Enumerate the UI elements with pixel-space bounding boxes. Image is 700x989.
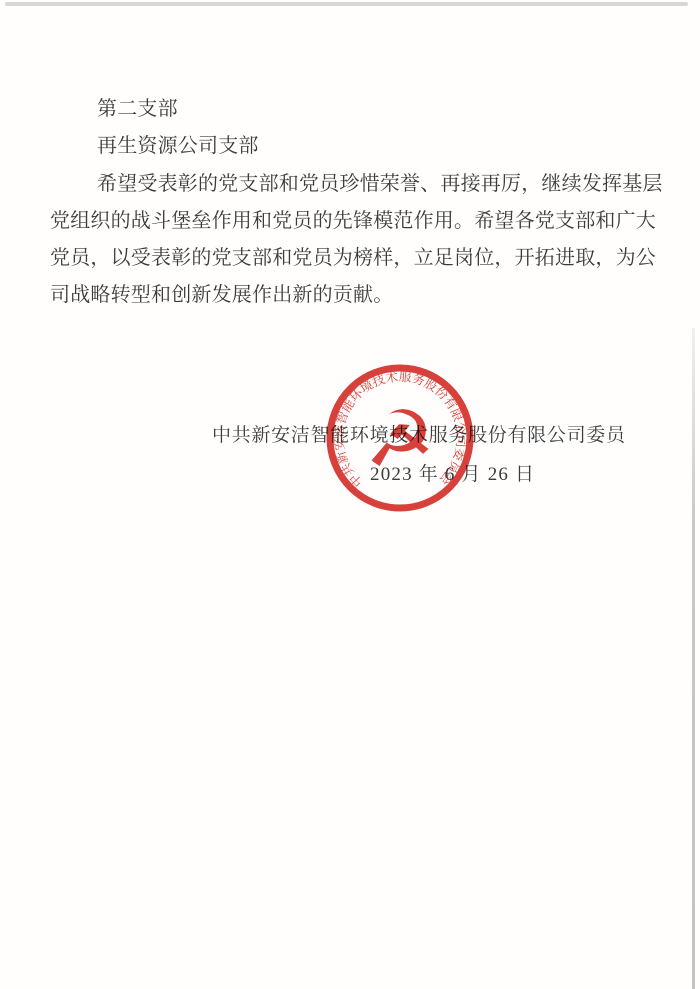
branch-name-line-1: 第二支部 [97,92,178,121]
scanned-document-page: 第二支部 再生资源公司支部 希望受表彰的党支部和党员珍惜荣誉、再接再厉，继续发挥… [0,0,700,989]
scan-artifact-top-edge [5,2,688,6]
scan-artifact-right-edge [692,328,695,989]
branch-name-line-2: 再生资源公司支部 [97,129,259,158]
official-seal: 中共新安洁智能环境技术服务股份有限公司委员会 ☭ [326,364,474,512]
paragraph-line-4: 司战略转型和创新发展作出新的贡献。 [50,278,393,307]
paragraph-line-3: 党员，以受表彰的党支部和党员为榜样，立足岗位，开拓进取，为公 [50,241,656,270]
paragraph-line-2: 党组织的战斗堡垒作用和党员的先锋模范作用。希望各党支部和广大 [50,204,656,233]
hammer-sickle-icon: ☭ [365,395,435,485]
paragraph-line-1: 希望受表彰的党支部和党员珍惜荣誉、再接再厉，继续发挥基层 [97,167,663,196]
